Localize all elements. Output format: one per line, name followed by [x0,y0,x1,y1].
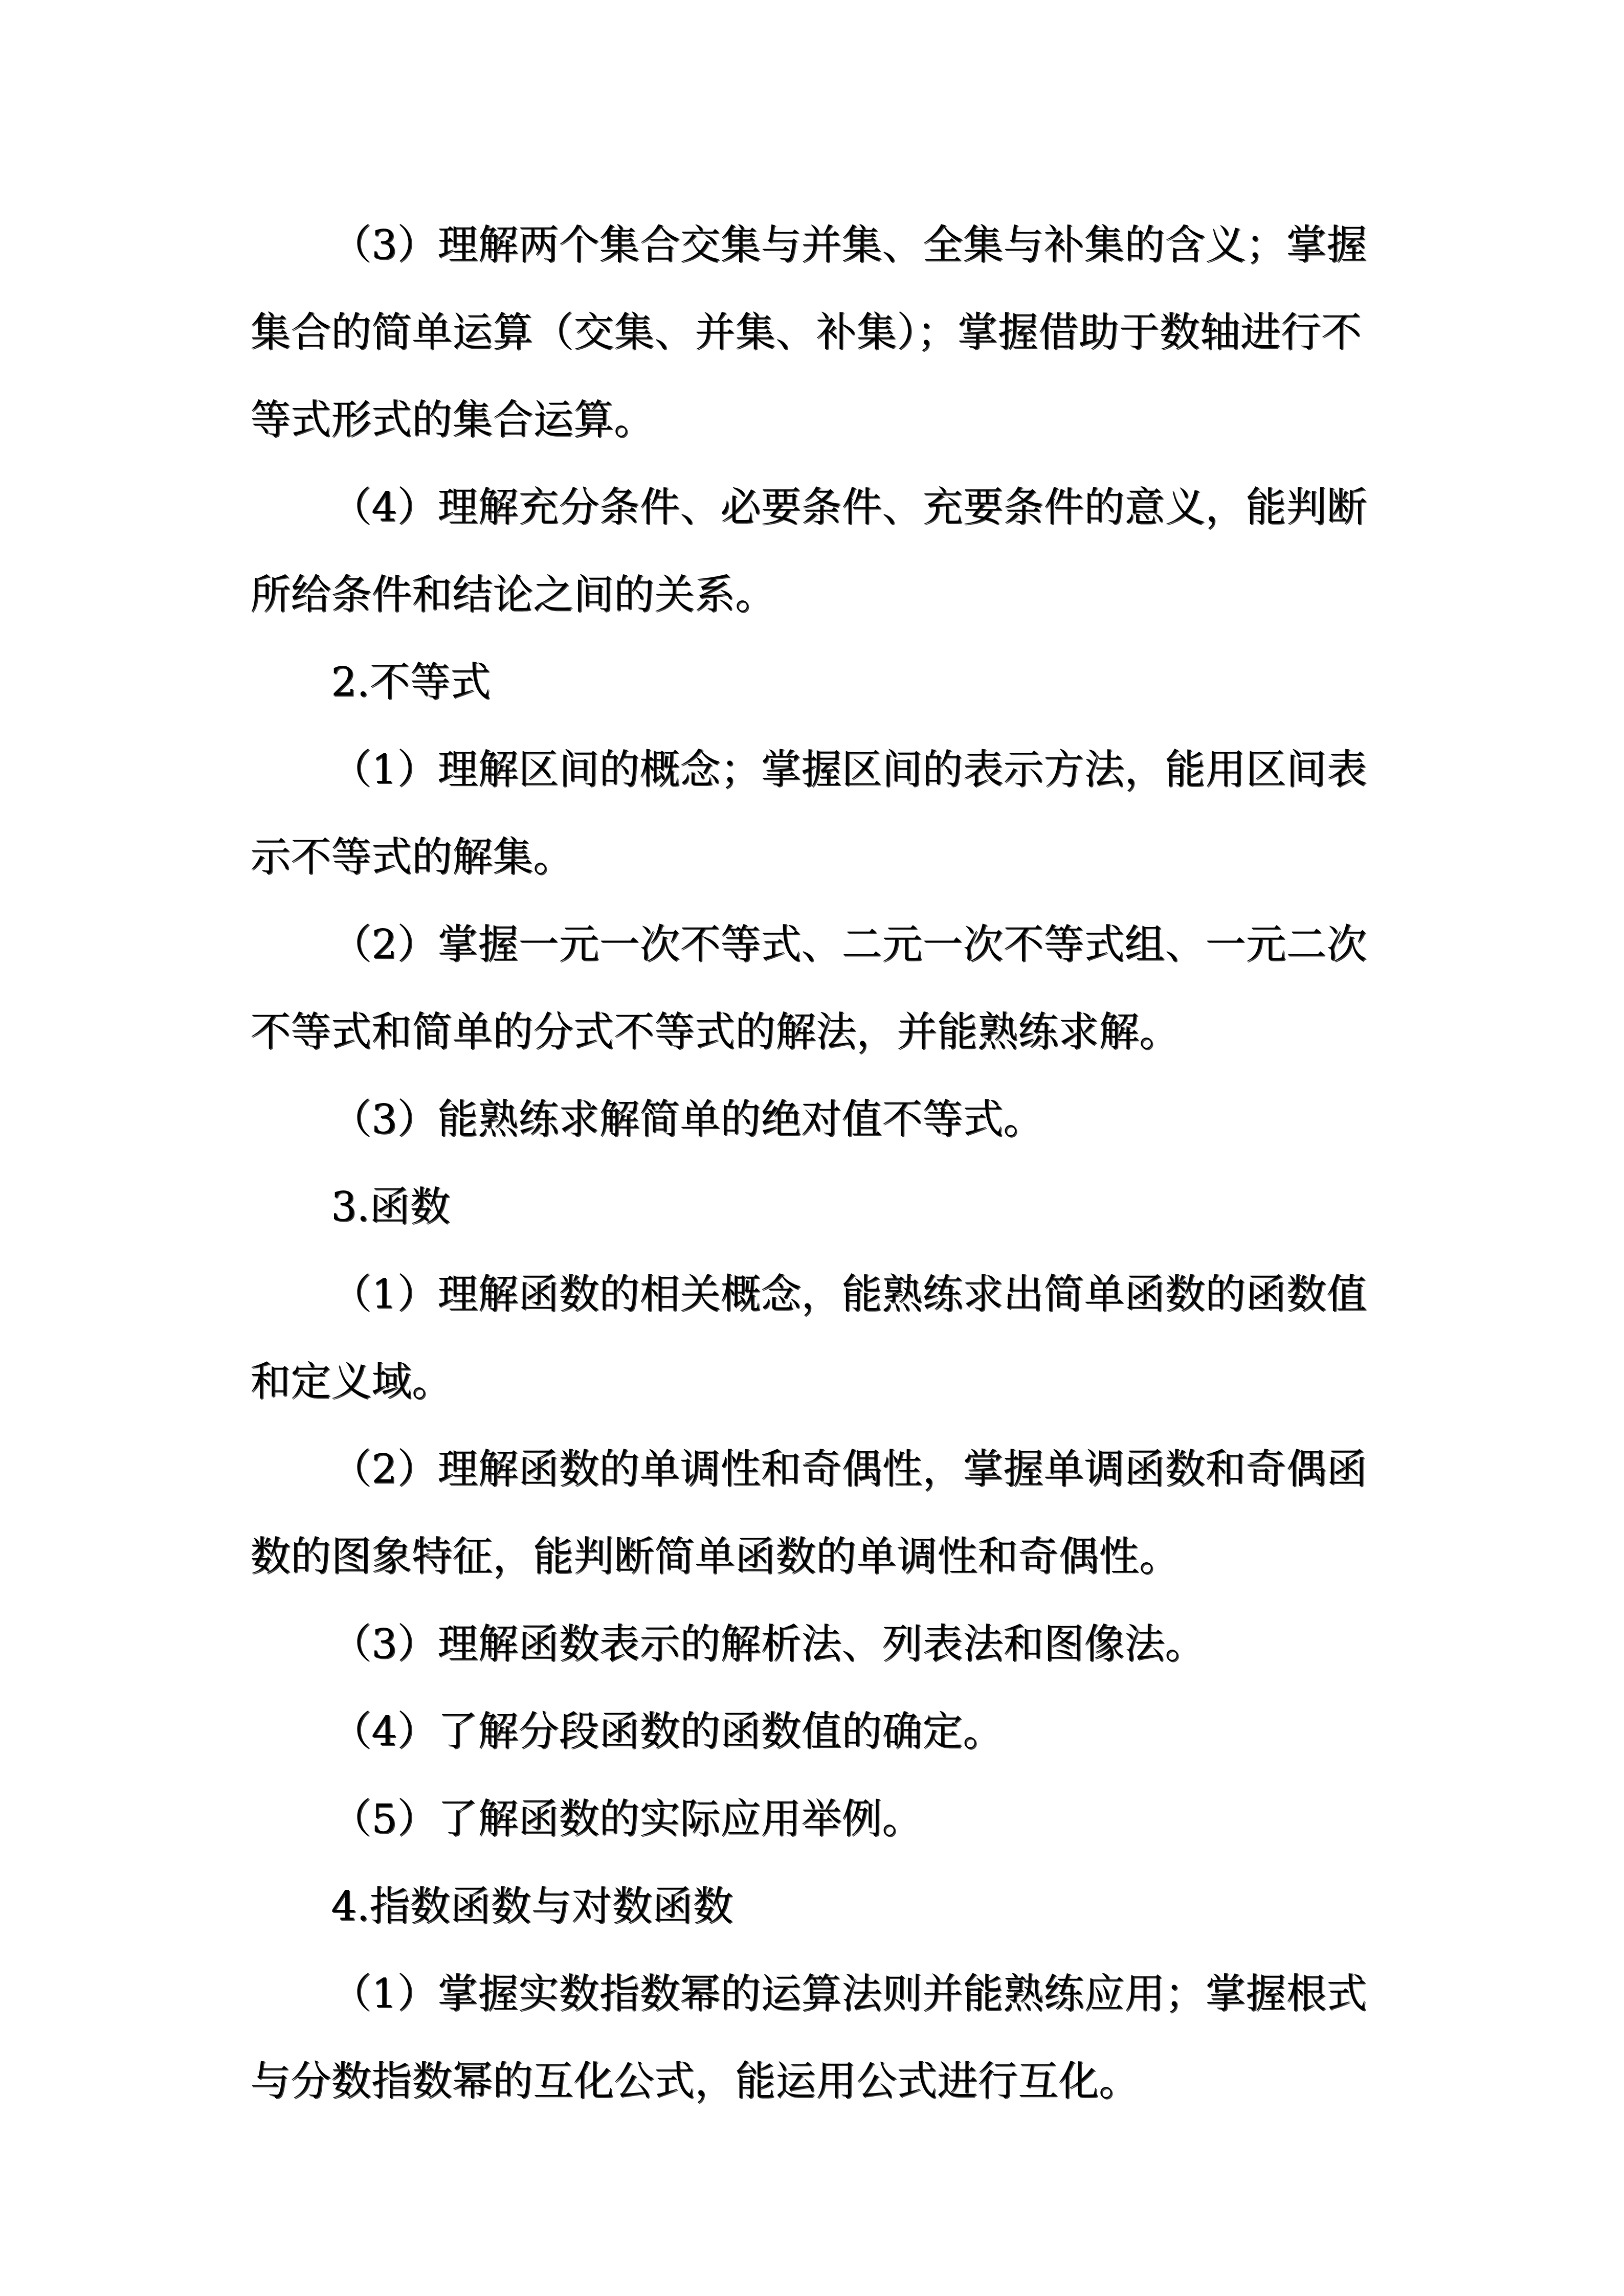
text-line: （1）理解函数的相关概念，能熟练求出简单函数的函数值 [250,1251,1382,1338]
text-line: 与分数指数幂的互化公式，能运用公式进行互化。 [250,2038,1382,2125]
section-heading-line: 3.函数 [250,1163,1382,1251]
section-heading-line: 2.不等式 [250,639,1382,726]
text-block: （3）理解两个集合交集与并集、全集与补集的含义；掌握集合的简单运算（交集、并集、… [250,201,1382,2125]
text-line: 和定义域。 [250,1338,1382,1426]
text-line: （3）理解两个集合交集与并集、全集与补集的含义；掌握 [250,201,1382,289]
text-line: 示不等式的解集。 [250,814,1382,901]
section-heading-line: 4.指数函数与对数函数 [250,1863,1382,1950]
text-line: （3）理解函数表示的解析法、列表法和图像法。 [250,1601,1382,1688]
text-line: （2）理解函数的单调性和奇偶性，掌握单调函数和奇偶函 [250,1426,1382,1513]
text-line: 集合的简单运算（交集、并集、补集）；掌握借助于数轴进行不 [250,289,1382,376]
text-line: （3）能熟练求解简单的绝对值不等式。 [250,1076,1382,1163]
text-line: 等式形式的集合运算。 [250,376,1382,464]
text-line: （2）掌握一元一次不等式、二元一次不等式组、一元二次 [250,901,1382,988]
text-line: （4）了解分段函数的函数值的确定。 [250,1688,1382,1775]
text-line: 所给条件和结论之间的关系。 [250,551,1382,639]
text-line: （1）理解区间的概念；掌握区间的表示方法，能用区间表 [250,726,1382,814]
text-line: （1）掌握实数指数幂的运算法则并能熟练应用；掌握根式 [250,1950,1382,2038]
text-line: （4）理解充分条件、必要条件、充要条件的意义，能判断 [250,464,1382,551]
text-line: 数的图象特征，能判断简单函数的单调性和奇偶性。 [250,1513,1382,1601]
text-line: （5）了解函数的实际应用举例。 [250,1775,1382,1863]
document-page: （3）理解两个集合交集与并集、全集与补集的含义；掌握集合的简单运算（交集、并集、… [0,0,1624,2296]
text-line: 不等式和简单的分式不等式的解法，并能熟练求解。 [250,988,1382,1076]
